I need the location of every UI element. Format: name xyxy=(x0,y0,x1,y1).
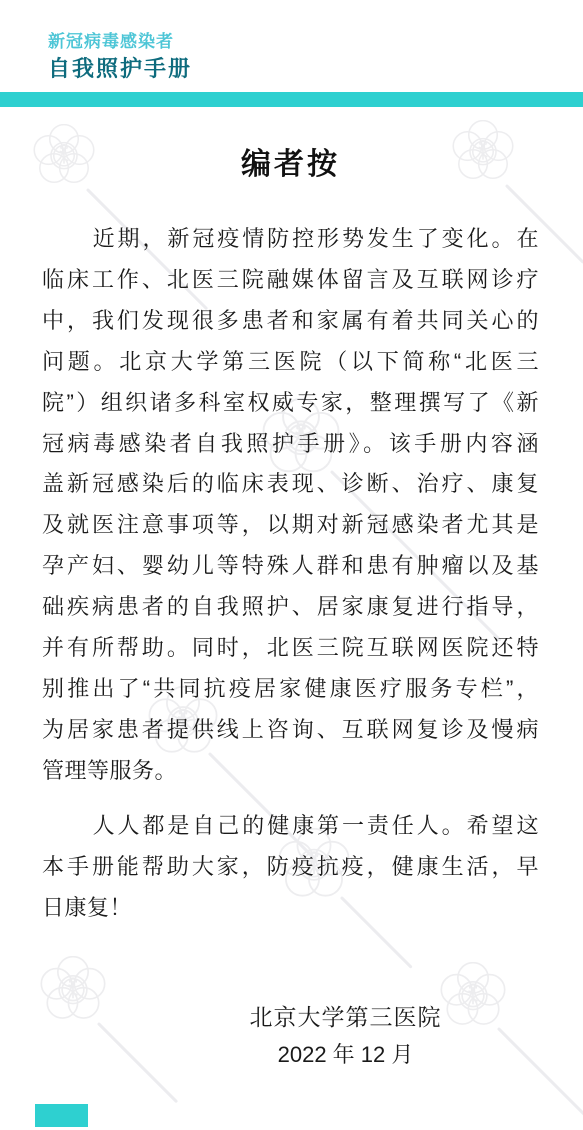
note-title: 编者按 xyxy=(42,144,539,186)
signature-date: 2022 年 12 月 xyxy=(152,1038,539,1072)
handbook-page: 新冠病毒感染者 自我照护手册 编者按 近期，新冠疫情防控形势发生了变化。在临床工… xyxy=(0,0,583,1130)
text-line: 管理等服务。 xyxy=(42,751,539,792)
text-line: 冠病毒感染者自我照护手册》。该手册内容涵 xyxy=(42,424,539,465)
text-line: 别推出了“共同抗疫居家健康医疗服务专栏”， xyxy=(42,669,539,710)
handbook-title: 自我照护手册 xyxy=(48,54,583,84)
signature-block: 北京大学第三医院 2022 年 12 月 xyxy=(152,1000,539,1072)
text-line: 院”）组织诸多科室权威专家，整理撰写了《新 xyxy=(42,383,539,424)
text-line: 为居家患者提供线上咨询、互联网复诊及慢病 xyxy=(42,710,539,751)
text-line: 日康复！ xyxy=(42,888,539,929)
handbook-series-title: 新冠病毒感染者 xyxy=(48,30,583,54)
text-line: 临床工作、北医三院融媒体留言及互联网诊疗 xyxy=(42,260,539,301)
text-line: 盖新冠感染后的临床表现、诊断、治疗、康复 xyxy=(42,464,539,505)
text-line: 本手册能帮助大家，防疫抗疫，健康生活，早 xyxy=(42,847,539,888)
header-accent-bar xyxy=(0,92,583,107)
text-line: 及就医注意事项等，以期对新冠感染者尤其是 xyxy=(42,505,539,546)
text-line: 孕产妇、婴幼儿等特殊人群和患有肿瘤以及基 xyxy=(42,546,539,587)
note-paragraph-2: 人人都是自己的健康第一责任人。希望这本手册能帮助大家，防疫抗疫，健康生活，早日康… xyxy=(42,806,539,929)
text-line: 问题。北京大学第三医院（以下简称“北医三 xyxy=(42,342,539,383)
editor-note: 编者按 近期，新冠疫情防控形势发生了变化。在临床工作、北医三院融媒体留言及互联网… xyxy=(0,144,583,1072)
text-line: 近期，新冠疫情防控形势发生了变化。在 xyxy=(42,219,539,260)
text-line: 人人都是自己的健康第一责任人。希望这 xyxy=(42,806,539,847)
text-line: 并有所帮助。同时，北医三院互联网医院还特 xyxy=(42,628,539,669)
text-line: 中，我们发现很多患者和家属有着共同关心的 xyxy=(42,301,539,342)
footer-accent-tab xyxy=(35,1104,88,1127)
page-header: 新冠病毒感染者 自我照护手册 xyxy=(0,0,583,84)
note-paragraph-1: 近期，新冠疫情防控形势发生了变化。在临床工作、北医三院融媒体留言及互联网诊疗中，… xyxy=(42,219,539,792)
text-line: 础疾病患者的自我照护、居家康复进行指导， xyxy=(42,587,539,628)
signature-organization: 北京大学第三医院 xyxy=(152,1000,539,1034)
